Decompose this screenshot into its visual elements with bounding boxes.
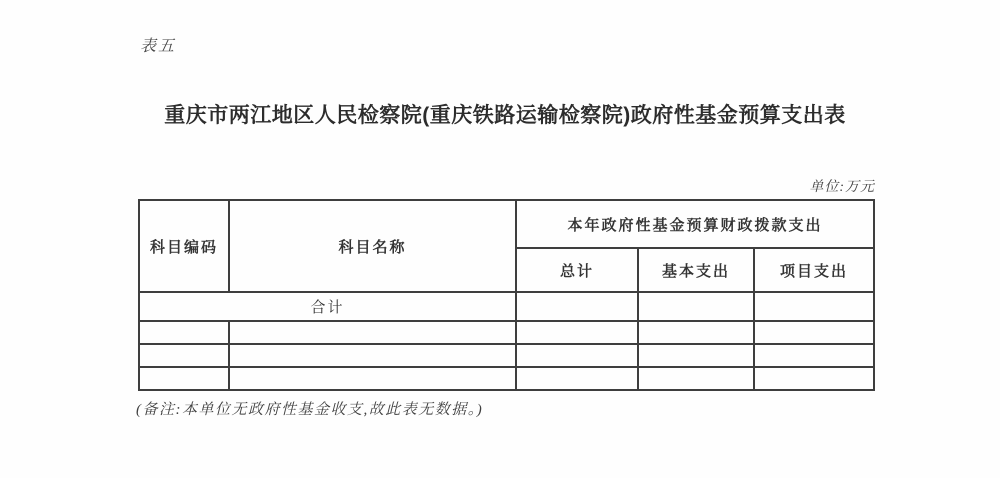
cell-sum [516, 367, 638, 390]
budget-table: 科目编码 科目名称 本年政府性基金预算财政拨款支出 总计 基本支出 项目支出 合… [138, 199, 875, 391]
cell-subject-code [139, 344, 229, 367]
cell-project [754, 321, 874, 344]
cell-subject-code [139, 321, 229, 344]
document-title: 重庆市两江地区人民检察院(重庆铁路运输检察院)政府性基金预算支出表 [10, 99, 1000, 129]
cell-total-sum [516, 292, 638, 321]
col-header-total: 总计 [516, 248, 638, 292]
table-row-total: 合计 [139, 292, 874, 321]
document-page: 表五 重庆市两江地区人民检察院(重庆铁路运输检察院)政府性基金预算支出表 单位:… [0, 0, 1000, 478]
cell-basic [638, 344, 754, 367]
cell-total-basic [638, 292, 754, 321]
unit-label: 单位:万元 [809, 176, 875, 196]
cell-total-project [754, 292, 874, 321]
cell-subject-name [229, 367, 516, 390]
table-row [139, 321, 874, 344]
col-header-subject-code: 科目编码 [139, 200, 229, 292]
header-row-group: 科目编码 科目名称 本年政府性基金预算财政拨款支出 [139, 200, 874, 248]
cell-project [754, 344, 874, 367]
cell-sum [516, 321, 638, 344]
col-header-basic-expenditure: 基本支出 [638, 248, 754, 292]
row-label-total: 合计 [139, 292, 516, 321]
table-number-label: 表五 [140, 33, 176, 56]
table-row [139, 344, 874, 367]
table-row [139, 367, 874, 390]
cell-sum [516, 344, 638, 367]
col-header-project-expenditure: 项目支出 [754, 248, 874, 292]
col-header-fund-appropriation-group: 本年政府性基金预算财政拨款支出 [516, 200, 874, 248]
cell-basic [638, 367, 754, 390]
footnote: (备注:本单位无政府性基金收支,故此表无数据。) [136, 398, 483, 419]
col-header-subject-name: 科目名称 [229, 200, 516, 292]
cell-project [754, 367, 874, 390]
cell-basic [638, 321, 754, 344]
cell-subject-name [229, 344, 516, 367]
cell-subject-code [139, 367, 229, 390]
cell-subject-name [229, 321, 516, 344]
